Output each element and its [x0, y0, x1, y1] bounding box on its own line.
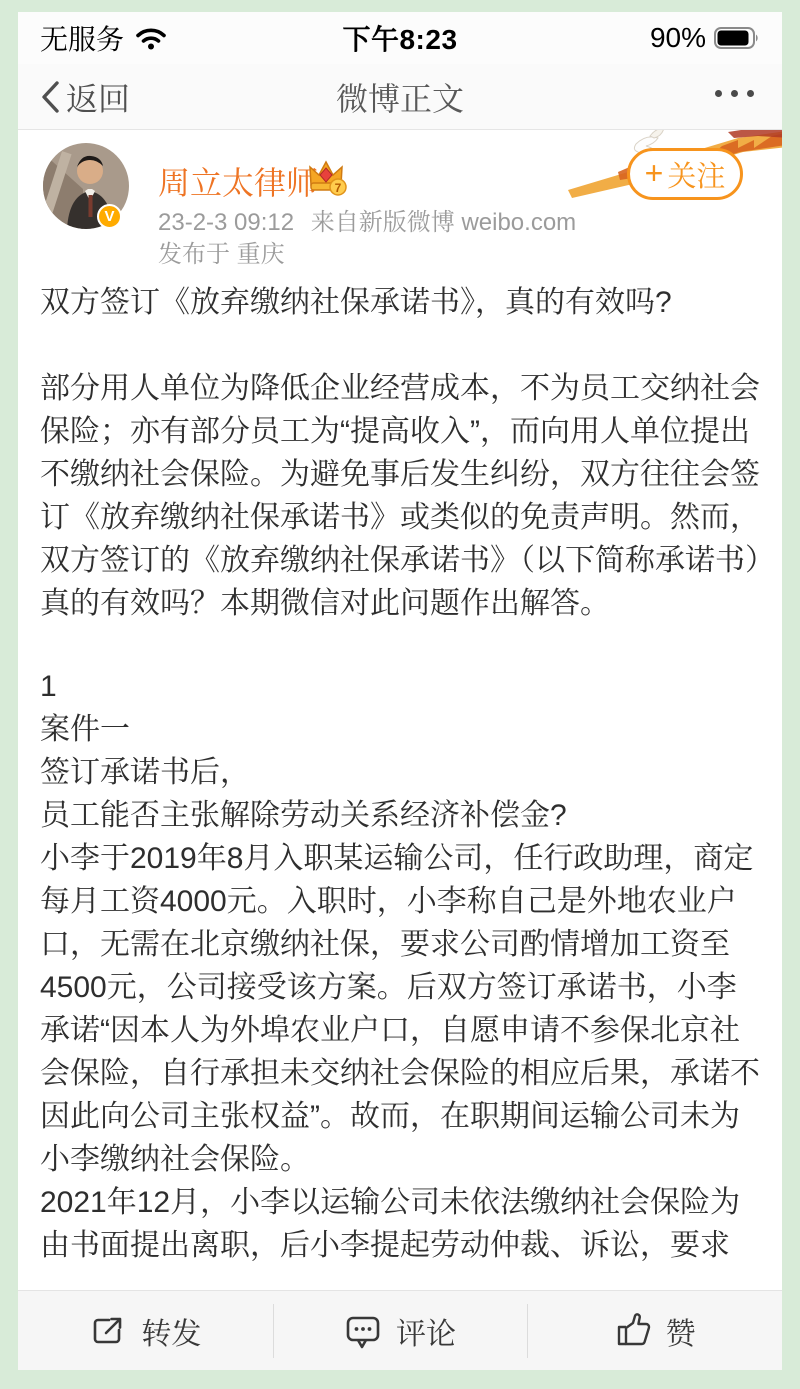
- carrier-label: 无服务: [40, 18, 124, 58]
- back-button[interactable]: 返回: [40, 64, 130, 129]
- back-label: 返回: [66, 74, 130, 120]
- post-paragraph: 部分用人单位为降低企业经营成本，不为员工交纳社会保险；亦有部分员工为“提高收入”…: [40, 367, 760, 625]
- post-paragraph: 1: [40, 665, 760, 708]
- post-meta: 23-2-3 09:12 来自新版微博 weibo.com: [158, 202, 576, 237]
- vip-crown-icon: 7: [306, 158, 348, 196]
- post-paragraph: 签订承诺书后，: [40, 751, 760, 794]
- repost-icon: [89, 1312, 127, 1350]
- author-name[interactable]: 周立太律师: [158, 158, 318, 204]
- phone-screen: 无服务 下午8:23 90% 返回 微博正文: [18, 12, 782, 1370]
- thumbs-up-icon: [614, 1312, 652, 1350]
- repost-button[interactable]: 转发: [18, 1291, 273, 1370]
- follow-button[interactable]: + 关注: [627, 148, 743, 200]
- plus-icon: +: [645, 157, 664, 189]
- post-time: 23-2-3 09:12: [158, 209, 294, 236]
- chevron-left-icon: [40, 81, 60, 113]
- like-label: 赞: [666, 1309, 696, 1353]
- post-location: 发布于 重庆: [158, 234, 285, 269]
- post-paragraph: 小李于2019年8月入职某运输公司，任行政助理，商定每月工资4000元。入职时，…: [40, 837, 760, 1181]
- post-content-area[interactable]: V 周立太律师 7 23-2-3 09:12 来自新版微博 weibo.com …: [18, 130, 782, 1290]
- svg-text:7: 7: [335, 181, 342, 195]
- post-body: 双方签订《放弃缴纳社保承诺书》，真的有效吗? 部分用人单位为降低企业经营成本，不…: [40, 281, 760, 1267]
- wifi-icon: [134, 25, 168, 51]
- verified-badge: V: [97, 204, 122, 229]
- nav-bar: 返回 微博正文: [18, 64, 782, 130]
- follow-label: 关注: [667, 154, 725, 195]
- comment-label: 评论: [396, 1309, 456, 1353]
- clock: 下午8:23: [280, 18, 520, 58]
- post-paragraph: 2021年12月，小李以运输公司未依法缴纳社会保险为由书面提出离职，后小李提起劳…: [40, 1181, 760, 1267]
- battery-icon: [714, 27, 760, 49]
- post-paragraph: 案件一: [40, 708, 760, 751]
- more-options-button[interactable]: [715, 90, 754, 97]
- like-button[interactable]: 赞: [527, 1291, 782, 1370]
- post-paragraph: 双方签订《放弃缴纳社保承诺书》，真的有效吗?: [40, 281, 760, 324]
- repost-label: 转发: [141, 1309, 201, 1353]
- post-source[interactable]: 来自新版微博 weibo.com: [311, 209, 576, 236]
- page-title: 微博正文: [18, 74, 782, 120]
- battery-percent: 90%: [650, 22, 706, 54]
- action-toolbar: 转发 评论 赞: [18, 1290, 782, 1370]
- post-paragraph: 员工能否主张解除劳动关系经济补偿金?: [40, 794, 760, 837]
- status-bar: 无服务 下午8:23 90%: [18, 12, 782, 64]
- comment-button[interactable]: 评论: [273, 1291, 528, 1370]
- comment-icon: [344, 1312, 382, 1350]
